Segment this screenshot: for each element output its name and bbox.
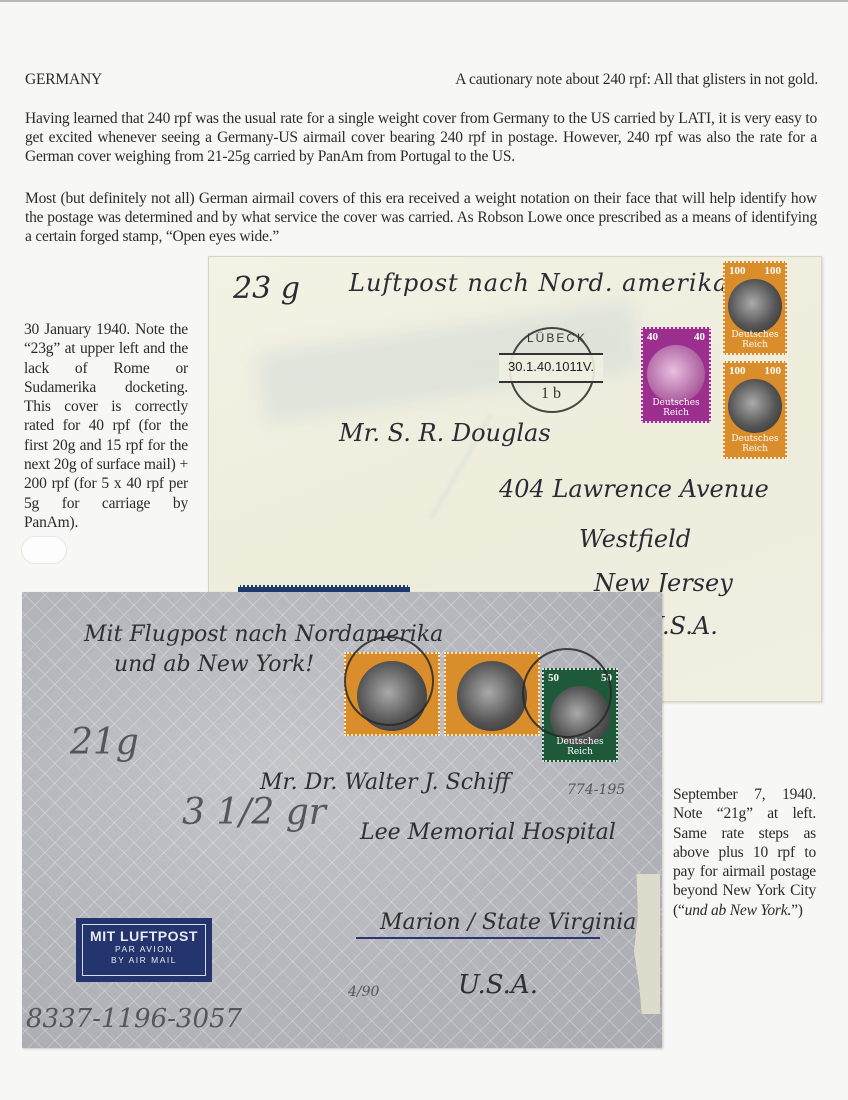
weight-notation: 23 g <box>233 271 300 306</box>
address-line: Marion / State Virginia <box>380 910 636 935</box>
address-line: Westfield <box>579 525 691 553</box>
page-heading: A cautionary note about 240 rpf: All tha… <box>455 70 818 89</box>
airmail-etiquette: MIT LUFTPOST PAR AVION BY AIR MAIL <box>76 918 212 982</box>
docketing: Luftpost nach Nord. amerika <box>349 269 728 297</box>
stamp-40-rpf: 4040 Deutsches Reich <box>641 327 711 423</box>
address-line: Mr. S. R. Douglas <box>339 419 551 447</box>
cover-2-envelope: Mit Flugpost nach Nordamerika und ab New… <box>22 592 662 1048</box>
hindenburg-portrait-icon <box>647 345 705 403</box>
pencil-note: 4/90 <box>348 984 379 1000</box>
hindenburg-portrait-icon <box>728 279 782 333</box>
docketing: und ab New York! <box>114 652 314 677</box>
page-edge <box>0 0 848 2</box>
cover-1-caption: 30 January 1940. Note the “23g” at upper… <box>24 320 188 532</box>
braunschweig-postmark <box>522 648 612 738</box>
weight-notation: 21g <box>70 722 139 763</box>
braunschweig-postmark <box>344 636 434 726</box>
section-title: GERMANY <box>25 70 102 89</box>
stamp-100-rpf: 100100 Deutsches Reich <box>723 361 787 459</box>
hindenburg-portrait-icon <box>728 379 782 433</box>
address-line: Mr. Dr. Walter J. Schiff <box>260 770 510 795</box>
body-paragraph: Most (but definitely not all) German air… <box>25 189 817 246</box>
weight-notation: 3 1/2 gr <box>182 792 326 833</box>
inventory-number: 8337-1196-3057 <box>26 1004 242 1034</box>
lubeck-postmark: LÜBECK 30.1.40.1011V. 1 b <box>509 327 595 413</box>
address-line: Lee Memorial Hospital <box>360 820 616 845</box>
pencil-note: 774-195 <box>567 782 625 798</box>
punch-hole <box>21 536 67 564</box>
address-line: 404 Lawrence Avenue <box>499 475 769 503</box>
intro-paragraph: Having learned that 240 rpf was the usua… <box>25 109 817 166</box>
stamp-100-rpf: 100100 Deutsches Reich <box>723 261 787 355</box>
hindenburg-portrait-icon <box>457 661 527 731</box>
cover-2-caption: September 7, 1940. Note “21g” at left. S… <box>673 785 816 920</box>
address-line: U.S.A. <box>458 970 538 1000</box>
censor-tape <box>634 874 660 1014</box>
